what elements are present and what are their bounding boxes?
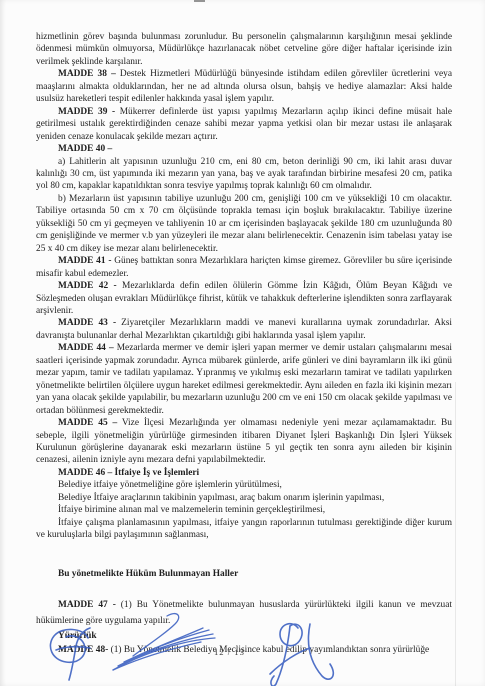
body-text: hizmetlinin görev başında bulunması zoru… xyxy=(36,31,452,657)
signature-left-icon xyxy=(38,620,108,686)
signature-right-icon xyxy=(262,618,342,686)
page-number: 12 / 13 xyxy=(214,647,245,657)
paragraph-madde-41: MADDE 41 - Güneş battıktan sonra Mezarlı… xyxy=(36,255,452,280)
paragraph-madde-43: MADDE 43 - Ziyaretçiler Mezarlıkların ma… xyxy=(36,317,452,342)
paragraph-madde-40-a: a) Lahitlerin alt yapısının uzunluğu 210… xyxy=(36,156,452,193)
signature-paraph-icon xyxy=(105,608,223,676)
scan-edge-shade xyxy=(0,0,6,686)
scan-artifact-dash xyxy=(194,0,205,2)
paragraph-madde-38: MADDE 38 – Destek Hizmetleri Müdürlüğü b… xyxy=(36,68,452,105)
list-item-itfaiye-1: Belediye itfaiye yönetmeliğine göre işle… xyxy=(36,479,452,491)
scan-artifact-vertical-line xyxy=(455,382,456,686)
paragraph-madde-40-b: b) Mezarların üst yapısının tabiliye uzu… xyxy=(36,193,452,255)
paragraph-madde-42: MADDE 42 - Mezarlıklarda defin edilen öl… xyxy=(36,280,452,317)
list-item-itfaiye-3: İtfaiye birimine alınan mal ve malzemele… xyxy=(36,504,452,516)
paragraph-madde-44: MADDE 44 – Mezarlarda mermer ve demir iş… xyxy=(36,342,452,417)
document-page: hizmetlinin görev başında bulunması zoru… xyxy=(0,0,485,686)
paragraph-madde-46-heading: MADDE 46 – İtfaiye İş ve İşlemleri xyxy=(36,467,452,479)
list-item-itfaiye-2: Belediye İtfaiye araçlarının takibinin y… xyxy=(36,492,452,504)
paragraph-madde-40: MADDE 40 – xyxy=(36,143,452,155)
paragraph-continuation: hizmetlinin görev başında bulunması zoru… xyxy=(36,31,452,68)
list-item-itfaiye-4: İtfaiye çalışma planlamasının yapılması,… xyxy=(36,517,452,542)
section-heading-hukum-bulunmayan: Bu yönetmelikte Hüküm Bulunmayan Haller xyxy=(36,568,452,580)
paragraph-madde-39: MADDE 39 - Mükerrer definlerde üst yapıs… xyxy=(36,106,452,143)
paragraph-madde-45: MADDE 45 – Vize İlçesi Mezarlığında yer … xyxy=(36,417,452,467)
